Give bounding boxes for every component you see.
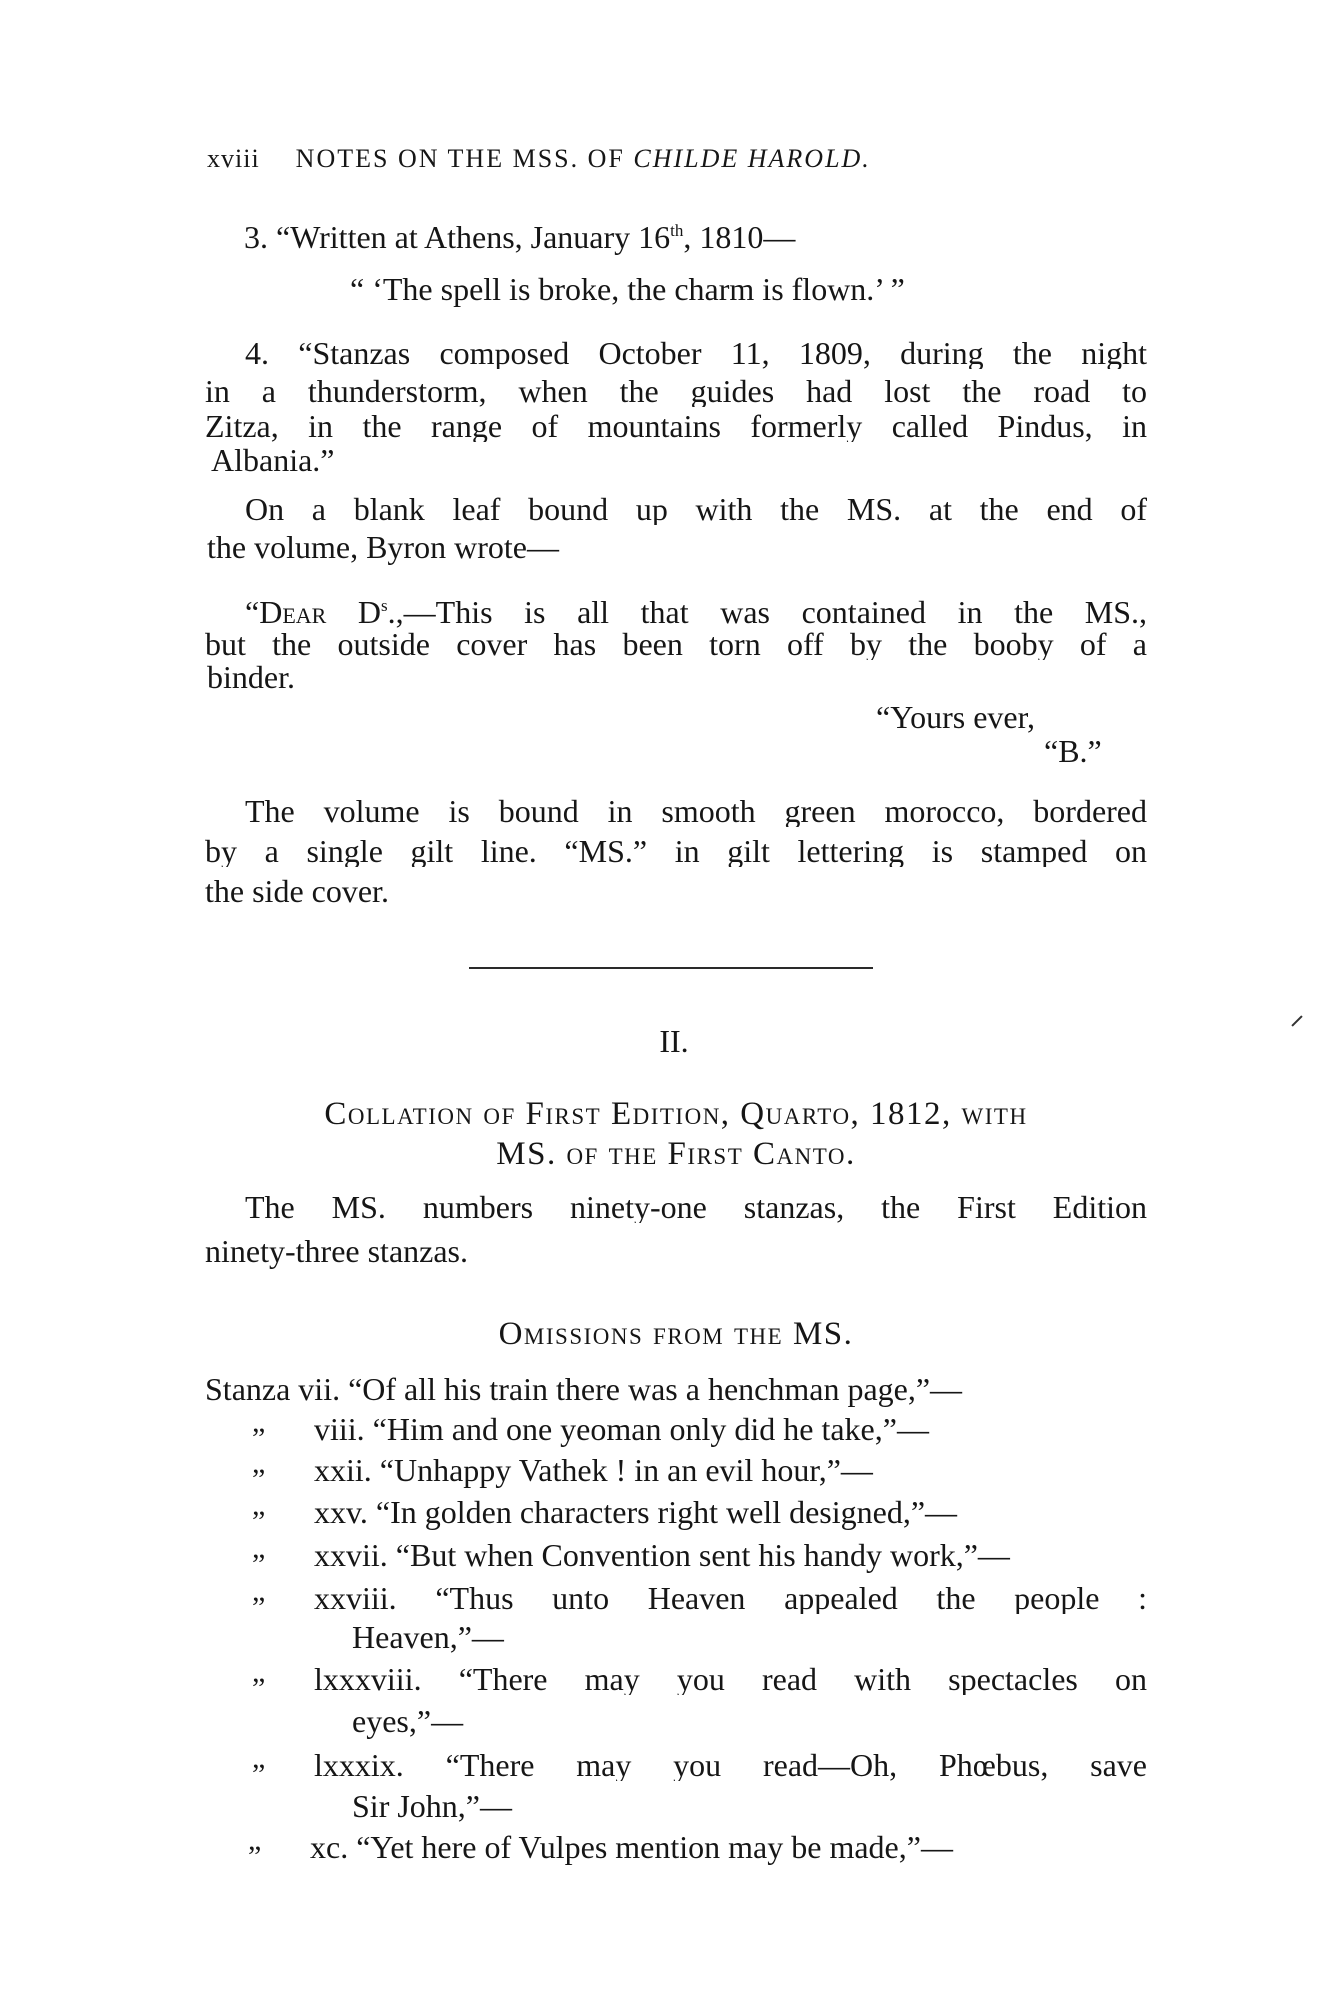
omission-ref: viii. bbox=[314, 1411, 365, 1447]
ditto-mark: ” bbox=[252, 1674, 265, 1704]
omission-text: “But when Convention sent his handy work… bbox=[396, 1537, 1010, 1573]
omission-continuation: Sir John,”— bbox=[352, 1790, 512, 1822]
section-title-line: MS. of the First Canto. bbox=[176, 1138, 1176, 1171]
ditto-mark: ” bbox=[252, 1465, 265, 1495]
omission-continuation: eyes,”— bbox=[352, 1705, 463, 1737]
book-page: xviiiNOTES ON THE MSS. OF CHILDE HAROLD.… bbox=[0, 0, 1334, 2015]
letter-salutation: “Dear D bbox=[245, 596, 381, 628]
running-head-title: NOTES ON THE MSS. OF bbox=[296, 144, 625, 173]
running-head-italic-title: CHILDE HAROLD. bbox=[633, 144, 870, 173]
scan-mark bbox=[1291, 1015, 1302, 1026]
omission-row: lxxxviii. “There may you read with spect… bbox=[314, 1663, 1147, 1695]
omission-row: viii. “Him and one yeoman only did he ta… bbox=[314, 1413, 929, 1445]
paragraph-line: The MS. numbers ninety-one stanzas, the … bbox=[245, 1191, 1147, 1223]
omission-ref: xxvii. bbox=[314, 1537, 388, 1573]
omission-ref: lxxxix. bbox=[314, 1749, 404, 1781]
omission-row: xxvii. “But when Convention sent his han… bbox=[314, 1539, 1010, 1571]
paragraph-line: ninety-three stanzas. bbox=[205, 1235, 468, 1267]
page-number: xviii bbox=[207, 144, 260, 173]
omission-ref: xxv. bbox=[314, 1494, 368, 1530]
omission-ref: vii. bbox=[298, 1371, 340, 1407]
item-4-line: Zitza, in the range of mountains formerl… bbox=[205, 410, 1147, 442]
omission-row: xxviii. “Thus unto Heaven appealed the p… bbox=[314, 1582, 1147, 1614]
omission-ref: xc. bbox=[310, 1829, 348, 1865]
section-divider bbox=[469, 967, 873, 969]
omission-text: “In golden characters right well designe… bbox=[376, 1494, 957, 1530]
item-3-tail: , 1810— bbox=[683, 219, 795, 255]
omission-ref: xxviii. bbox=[314, 1582, 397, 1614]
omission-text: “There may you read with spectacles on bbox=[459, 1663, 1147, 1695]
omission-row: xxv. “In golden characters right well de… bbox=[314, 1496, 957, 1528]
ditto-mark: ” bbox=[252, 1760, 265, 1790]
omission-text: “Of all his train there was a henchman p… bbox=[348, 1371, 962, 1407]
letter-line: but the outside cover has been torn off … bbox=[205, 628, 1147, 660]
letter-salutation-sup: s bbox=[381, 596, 388, 615]
omission-prefix: Stanza bbox=[205, 1371, 290, 1407]
ditto-mark: ” bbox=[252, 1550, 265, 1580]
item-3-ordinal: th bbox=[670, 221, 683, 240]
letter-line-rest: .,—This is all that was contained in the… bbox=[388, 596, 1147, 628]
item-3-quote: “ ‘The spell is broke, the charm is flow… bbox=[350, 273, 905, 305]
ditto-mark: ” bbox=[248, 1842, 261, 1872]
paragraph-line: the volume, Byron wrote— bbox=[207, 531, 559, 563]
omission-row: xxii. “Unhappy Vathek ! in an evil hour,… bbox=[314, 1454, 873, 1486]
ditto-mark: ” bbox=[252, 1507, 265, 1537]
item-3-lead: “Written at Athens, January 16 bbox=[276, 219, 670, 255]
paragraph-line: the side cover. bbox=[205, 875, 389, 907]
letter-line: binder. bbox=[207, 661, 295, 693]
omission-ref: xxii. bbox=[314, 1452, 372, 1488]
section-numeral: II. bbox=[574, 1025, 774, 1057]
ditto-mark: ” bbox=[252, 1424, 265, 1454]
omission-text: “Yet here of Vulpes mention may be made,… bbox=[356, 1829, 953, 1865]
paragraph-line: On a blank leaf bound up with the MS. at… bbox=[245, 493, 1147, 525]
ditto-mark: ” bbox=[252, 1593, 265, 1623]
item-4-line: Albania.” bbox=[211, 444, 335, 476]
paragraph-line: The volume is bound in smooth green moro… bbox=[245, 795, 1147, 827]
running-head: xviiiNOTES ON THE MSS. OF CHILDE HAROLD. bbox=[207, 146, 871, 172]
omission-row: Stanza vii. “Of all his train there was … bbox=[205, 1373, 962, 1405]
item-3-line: 3. “Written at Athens, January 16th, 181… bbox=[244, 221, 795, 253]
omission-text: “Him and one yeoman only did he take,”— bbox=[373, 1411, 929, 1447]
omission-text: “Unhappy Vathek ! in an evil hour,”— bbox=[380, 1452, 873, 1488]
item-4-line: in a thunderstorm, when the guides had l… bbox=[205, 375, 1147, 407]
omission-text: “There may you read—Oh, Phœbus, save bbox=[446, 1749, 1147, 1781]
item-3-number: 3. bbox=[244, 219, 268, 255]
item-4-line: 4. “Stanzas composed October 11, 1809, d… bbox=[245, 337, 1147, 369]
subheading: Omissions from the MS. bbox=[376, 1318, 976, 1351]
letter-signature: “B.” bbox=[1044, 735, 1102, 767]
omission-continuation: Heaven,”— bbox=[352, 1621, 504, 1653]
section-title-line: Collation of First Edition, Quarto, 1812… bbox=[176, 1098, 1176, 1131]
omission-ref: lxxxviii. bbox=[314, 1663, 422, 1695]
paragraph-line: by a single gilt line. “MS.” in gilt let… bbox=[205, 835, 1147, 867]
omission-row: xc. “Yet here of Vulpes mention may be m… bbox=[310, 1831, 953, 1863]
letter-closing: “Yours ever, bbox=[876, 701, 1035, 733]
omission-text: “Thus unto Heaven appealed the people : bbox=[435, 1582, 1147, 1614]
omission-row: lxxxix. “There may you read—Oh, Phœbus, … bbox=[314, 1749, 1147, 1781]
letter-line: “Dear Ds.,—This is all that was containe… bbox=[245, 596, 1147, 628]
